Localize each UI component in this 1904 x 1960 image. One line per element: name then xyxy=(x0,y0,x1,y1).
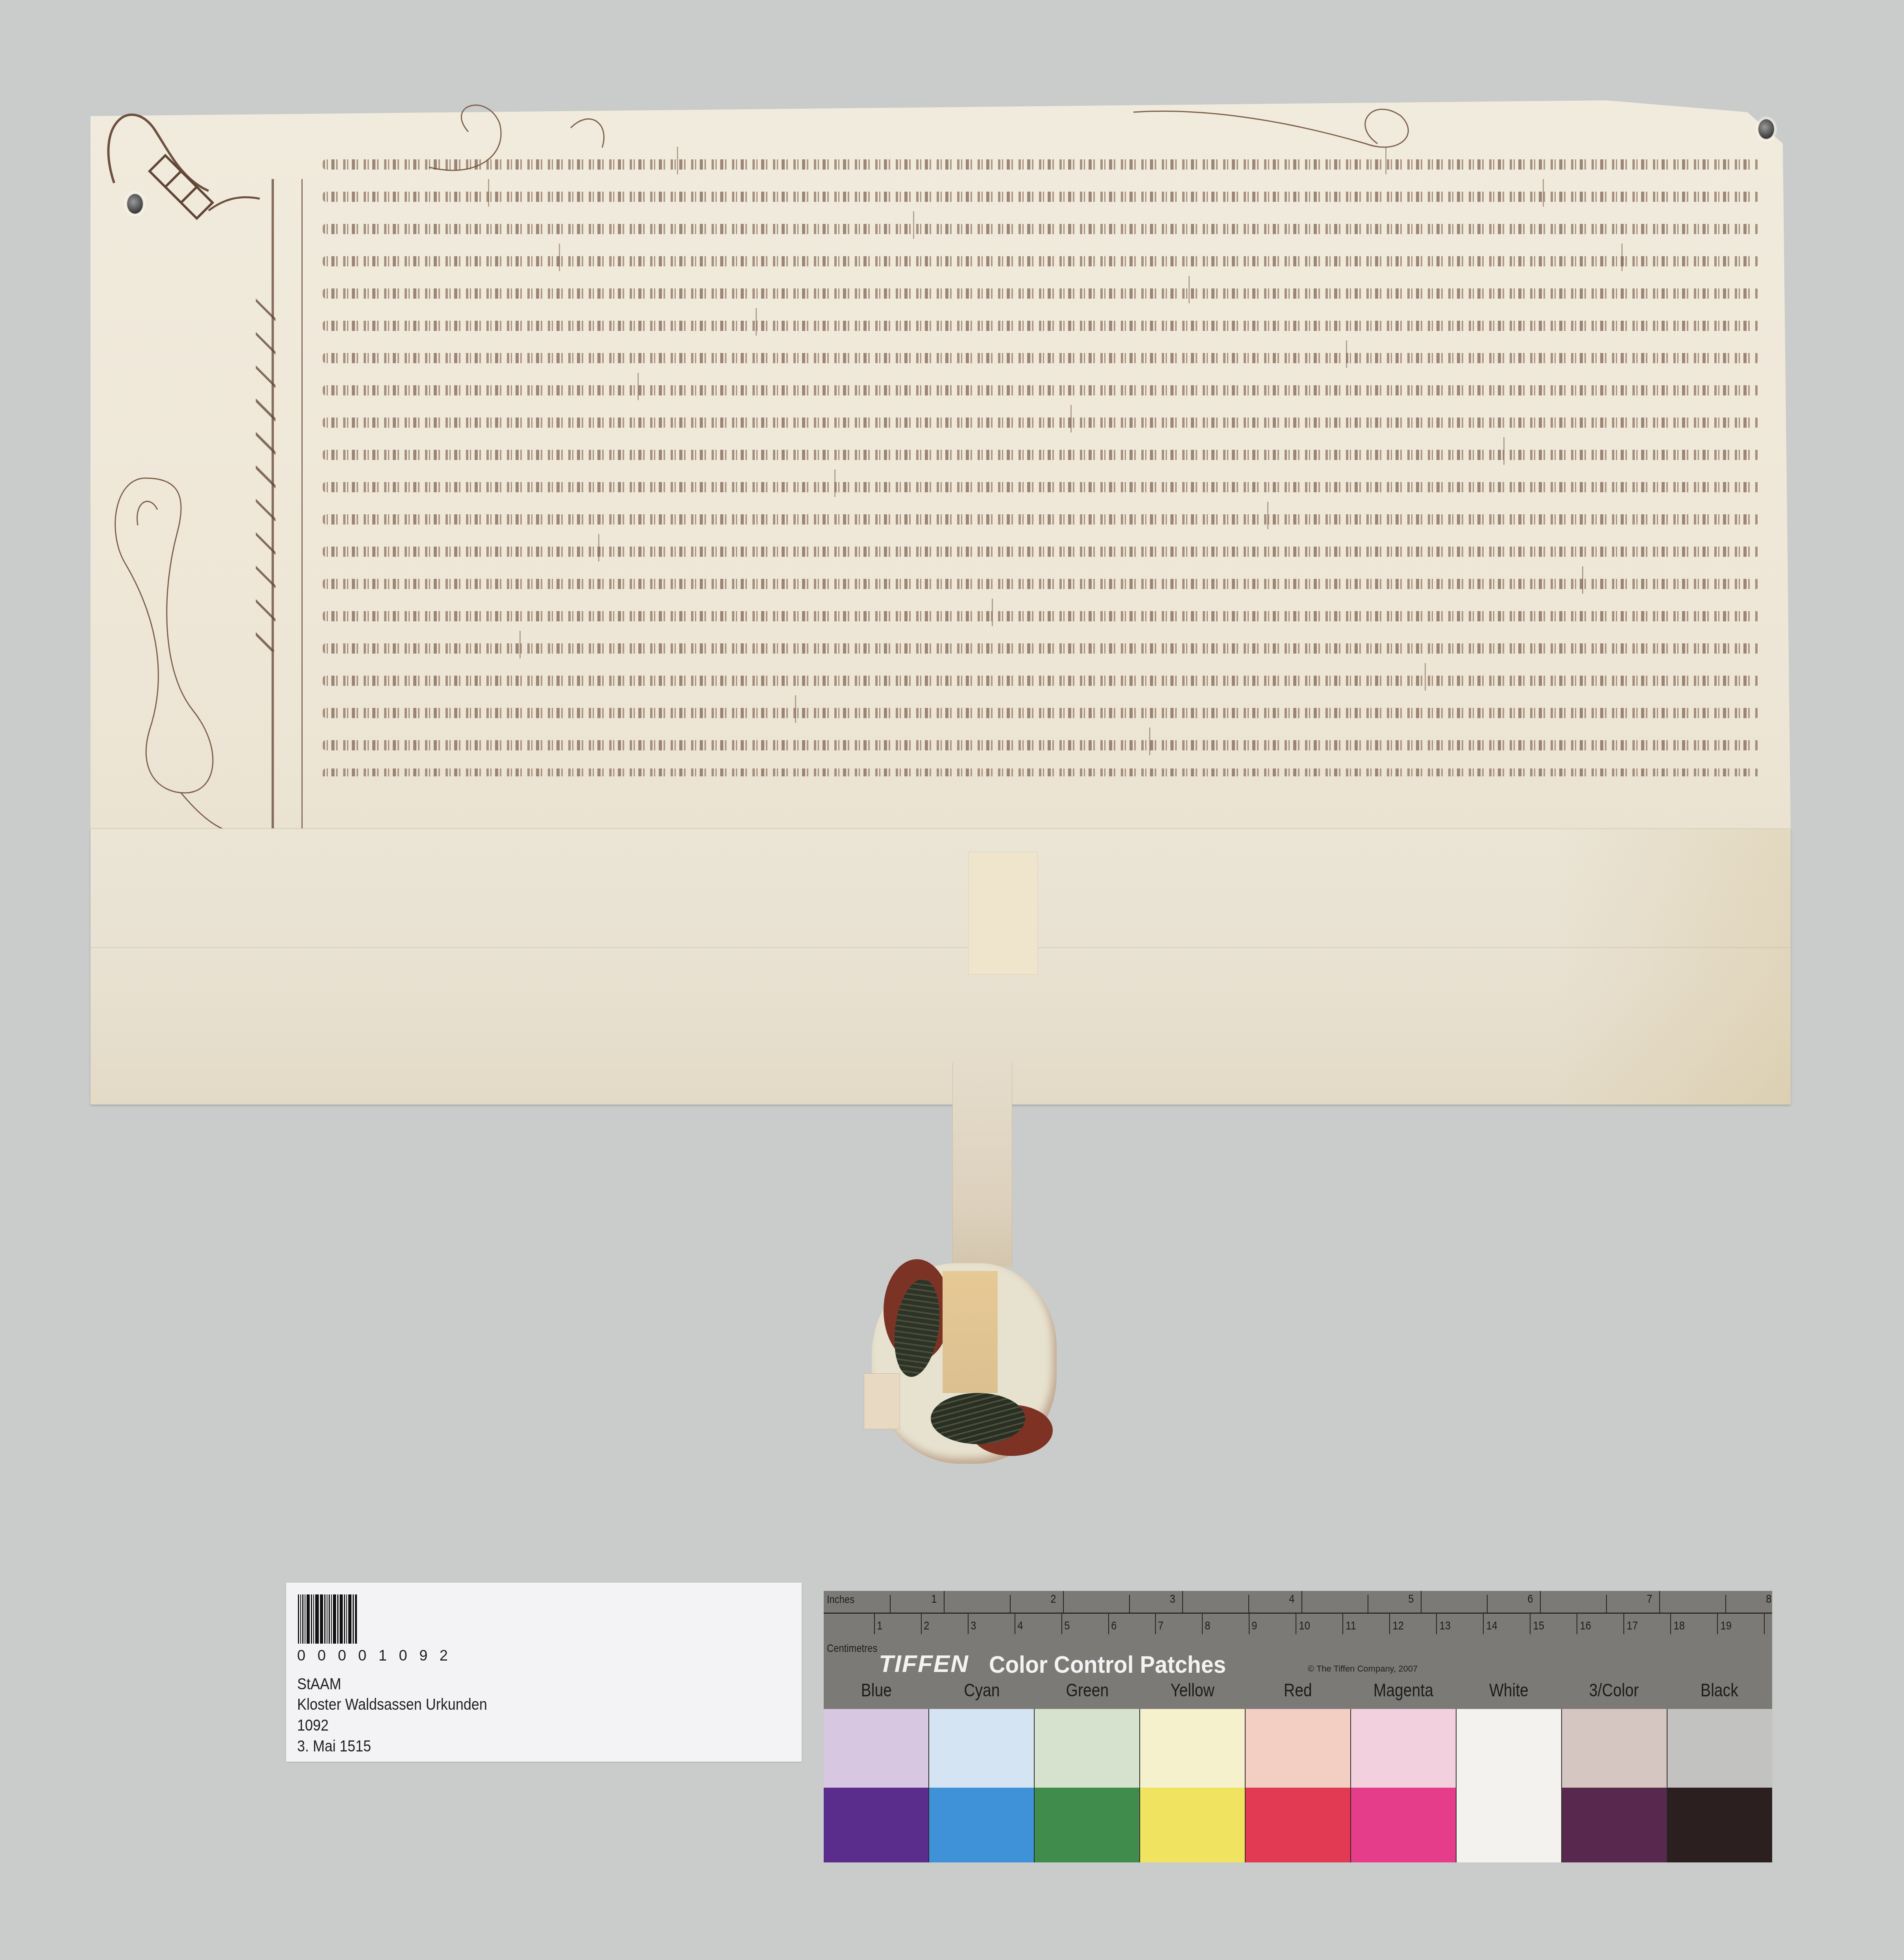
document-date: 3. Mai 1515 xyxy=(297,1738,371,1754)
patch-cyan-light xyxy=(929,1709,1035,1788)
script-line xyxy=(323,603,1759,630)
patch-name: 3/Color xyxy=(1569,1679,1659,1709)
script-line xyxy=(323,345,1759,372)
cm-number: 8 xyxy=(1205,1619,1210,1633)
patch-name: Blue xyxy=(832,1679,921,1709)
inch-number: 8 xyxy=(1766,1592,1771,1606)
light-patch-row xyxy=(824,1709,1772,1788)
patch-blue-light xyxy=(824,1709,929,1788)
script-line xyxy=(323,313,1759,340)
mounting-pin-icon xyxy=(1757,118,1775,140)
initial-zigzag-ornament-icon xyxy=(256,297,275,651)
cm-number: 2 xyxy=(924,1619,929,1633)
patch-names: Blue Cyan Green Yellow Red Magenta White… xyxy=(824,1679,1772,1709)
script-line xyxy=(323,700,1759,727)
patch-yellow-dark xyxy=(1140,1788,1246,1862)
patch-red-light xyxy=(1246,1709,1351,1788)
script-line xyxy=(323,184,1759,211)
ruler-baseline xyxy=(824,1613,1772,1614)
barcode-icon xyxy=(298,1594,373,1644)
ruler-header: Inches 1 2 3 4 5 6 7 8 xyxy=(824,1591,1772,1709)
charter-script-lines xyxy=(323,151,1759,782)
cm-number: 1 xyxy=(877,1619,882,1633)
patch-3color-dark xyxy=(1562,1788,1667,1862)
script-line xyxy=(323,506,1759,533)
patch-magenta-dark xyxy=(1351,1788,1457,1862)
cm-number: 4 xyxy=(1017,1619,1023,1633)
patch-name: White xyxy=(1464,1679,1554,1709)
fold-crease xyxy=(91,947,1791,948)
inch-number: 6 xyxy=(1527,1592,1533,1606)
inch-number: 2 xyxy=(1050,1592,1056,1606)
cm-number: 17 xyxy=(1627,1619,1638,1633)
patch-cyan-dark xyxy=(929,1788,1035,1862)
patch-name: Yellow xyxy=(1148,1679,1237,1709)
cm-number: 16 xyxy=(1580,1619,1591,1633)
cm-number: 5 xyxy=(1064,1619,1070,1633)
inch-number: 3 xyxy=(1170,1592,1175,1606)
script-line xyxy=(323,635,1759,662)
patch-name: Magenta xyxy=(1359,1679,1448,1709)
collection-name: Kloster Waldsassen Urkunden xyxy=(297,1697,487,1712)
inches-label: Inches xyxy=(827,1593,854,1606)
patch-name: Green xyxy=(1043,1679,1132,1709)
document-number: 1092 xyxy=(297,1718,329,1733)
script-line xyxy=(323,248,1759,275)
script-line xyxy=(323,442,1759,469)
patch-green-dark xyxy=(1035,1788,1140,1862)
patch-red-dark xyxy=(1246,1788,1351,1862)
seal-strap xyxy=(952,1062,1012,1267)
charter-document xyxy=(91,100,1791,836)
inch-number: 7 xyxy=(1647,1592,1652,1606)
cm-number: 11 xyxy=(1346,1619,1356,1633)
script-line xyxy=(323,732,1759,759)
patch-name: Cyan xyxy=(937,1679,1027,1709)
mounting-pin-icon xyxy=(126,193,144,215)
cm-number: 19 xyxy=(1721,1619,1732,1633)
cm-number: 13 xyxy=(1440,1619,1451,1633)
cm-number: 12 xyxy=(1393,1619,1404,1633)
script-line xyxy=(323,281,1759,307)
script-line xyxy=(323,539,1759,565)
initial-letter-border xyxy=(272,179,303,828)
patch-black-light xyxy=(1667,1709,1772,1788)
script-line xyxy=(323,668,1759,695)
script-line xyxy=(323,474,1759,501)
script-line xyxy=(323,571,1759,598)
cm-number: 3 xyxy=(970,1619,976,1633)
patch-black-dark xyxy=(1667,1788,1772,1862)
cm-number: 7 xyxy=(1158,1619,1163,1633)
patch-yellow-light xyxy=(1140,1709,1246,1788)
seal-strap-end xyxy=(864,1373,900,1429)
patch-magenta-light xyxy=(1351,1709,1457,1788)
script-line xyxy=(323,151,1759,178)
patch-blue-dark xyxy=(824,1788,929,1862)
seal-tag-slot xyxy=(968,852,1038,975)
script-line xyxy=(323,377,1759,404)
patch-name: Red xyxy=(1253,1679,1343,1709)
tiffen-color-card: Inches 1 2 3 4 5 6 7 8 xyxy=(824,1591,1772,1862)
copyright-text: © The Tiffen Company, 2007 xyxy=(1308,1664,1418,1674)
cm-number: 6 xyxy=(1111,1619,1117,1633)
tiffen-logo: TIFFEN xyxy=(879,1650,969,1678)
archive-label: 0 0 0 0 1 0 9 2 StAAM Kloster Waldsassen… xyxy=(286,1583,802,1762)
plica-fold xyxy=(91,828,1791,1105)
inch-number: 5 xyxy=(1408,1592,1414,1606)
cm-number: 14 xyxy=(1486,1619,1497,1633)
wax-seal xyxy=(872,1263,1057,1464)
card-title: Color Control Patches xyxy=(989,1651,1226,1679)
dark-patch-row xyxy=(824,1788,1772,1862)
wax-core xyxy=(943,1271,998,1393)
cm-number: 10 xyxy=(1299,1619,1310,1633)
patch-white-dark xyxy=(1457,1788,1562,1862)
seal-impression xyxy=(931,1393,1025,1444)
patch-green-light xyxy=(1035,1709,1140,1788)
barcode-digits: 0 0 0 0 1 0 9 2 xyxy=(297,1648,452,1664)
script-line xyxy=(323,410,1759,436)
script-line xyxy=(323,216,1759,243)
centimetres-label: Centimetres xyxy=(827,1642,877,1655)
inch-number: 4 xyxy=(1289,1592,1294,1606)
cm-number: 15 xyxy=(1533,1619,1544,1633)
patch-3color-light xyxy=(1562,1709,1667,1788)
cm-number: 18 xyxy=(1674,1619,1685,1633)
archive-name: StAAM xyxy=(297,1676,341,1692)
inch-number: 1 xyxy=(931,1592,937,1606)
script-line xyxy=(323,765,1759,776)
patch-name: Black xyxy=(1675,1679,1764,1709)
patch-white-light xyxy=(1457,1709,1562,1788)
cm-number: 9 xyxy=(1251,1619,1257,1633)
